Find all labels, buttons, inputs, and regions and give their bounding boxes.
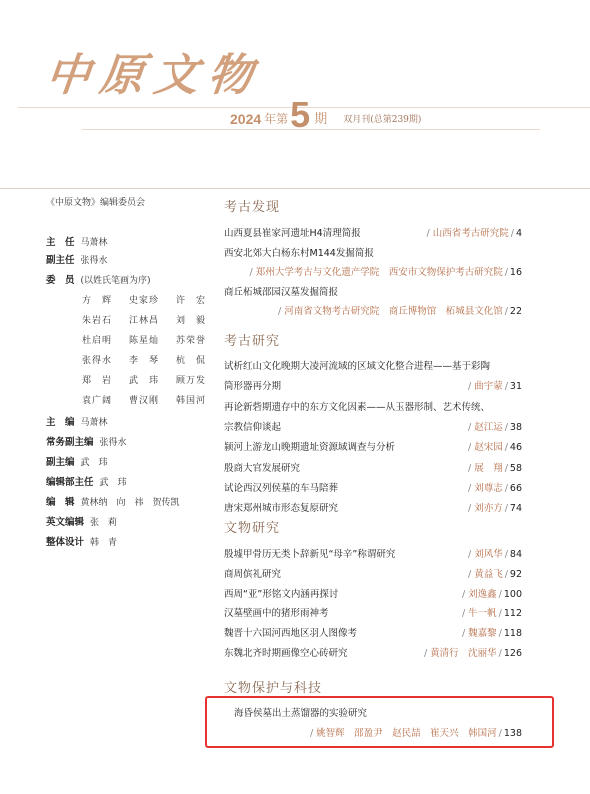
toc-entry[interactable]: 西周“亚”形铭文内涵再探讨∕刘逸鑫100 [224, 586, 522, 600]
article-title: 西安北郊大白杨东村M144发掘简报 [224, 245, 374, 259]
article-byline: ∕展 翔58 [468, 460, 522, 474]
member-row: 张得水 李 琴 杭 侃 [82, 353, 214, 366]
staff-director: 主 任 马萧林 [46, 234, 108, 248]
article-authors: 刘尊志 [474, 483, 503, 494]
toc-entry[interactable]: 试论西汉列侯墓的车马陪葬∕刘尊志66 [224, 480, 522, 494]
article-authors: 郑州大学考古与文化遗产学院 西安市文物保护考古研究院 [256, 267, 503, 278]
article-byline: ∕郑州大学考古与文化遗产学院 西安市文物保护考古研究院16 [249, 264, 522, 278]
article-byline: ∕曲宇蒙31 [468, 378, 522, 392]
section-heading: 文物保护与科技 [224, 677, 322, 696]
page-number: 66 [503, 483, 522, 494]
slash-separator: ∕ [468, 503, 471, 514]
article-authors: 黄益飞 [474, 569, 503, 580]
issue-subtitle: 双月刊(总第239期) [343, 112, 421, 130]
issue-year: 2024 [230, 111, 261, 130]
slash-separator: ∕ [424, 648, 427, 659]
article-title: 试论西汉列侯墓的车马陪葬 [224, 480, 338, 494]
slash-separator: ∕ [468, 422, 471, 433]
article-title: 汉墓壁画中的猪形雨神考 [224, 605, 329, 619]
section-divider [0, 188, 590, 189]
highlight-box [205, 696, 554, 748]
slash-separator: ∕ [462, 589, 465, 600]
slash-separator: ∕ [468, 569, 471, 580]
article-byline: ∕黄益飞92 [468, 566, 522, 580]
page-number: 4 [509, 228, 522, 239]
article-authors: 展 翔 [474, 463, 503, 474]
staff-executive-deputy-editor: 常务副主编 张得水 [46, 434, 127, 448]
toc-entry[interactable]: 商丘柘城邵园汉墓发掘简报 [224, 284, 522, 298]
issue-number: 5 [290, 100, 310, 130]
article-authors: 刘亦方 [474, 503, 503, 514]
journal-title: 中原文物 [44, 54, 265, 98]
toc-entry[interactable]: ∕河南省文物考古研究院 商丘博物馆 柘城县文化馆22 [224, 303, 522, 317]
toc-entry[interactable]: ∕郑州大学考古与文化遗产学院 西安市文物保护考古研究院16 [224, 264, 522, 278]
article-title: 宗教信仰谈起 [224, 419, 281, 433]
article-title: 颍河上游龙山晚期遗址资源域调查与分析 [224, 439, 395, 453]
slash-separator: ∕ [468, 463, 471, 474]
member-row: 袁广阔 曹汉刚 韩国河 [82, 393, 214, 406]
toc-entry[interactable]: 西安北郊大白杨东村M144发掘简报 [224, 245, 522, 259]
article-byline: ∕山西省考古研究院4 [427, 225, 522, 239]
member-row: 郑 岩 武 玮 顾万发 [82, 373, 214, 386]
toc-entry[interactable]: 山西夏县崔家河遗址H4清理简报∕山西省考古研究院4 [224, 225, 522, 239]
page-number: 31 [503, 381, 522, 392]
page-number: 74 [503, 503, 522, 514]
staff-english-editor: 英文编辑 张 莉 [46, 514, 117, 528]
section-heading: 考古发现 [224, 196, 280, 215]
article-byline: ∕赵江运38 [468, 419, 522, 433]
article-byline: ∕黄清行 沈丽华126 [424, 645, 522, 659]
issue-info: 2024 年第 5 期 双月刊(总第239期) [230, 96, 421, 130]
article-authors: 赵宋园 [474, 442, 503, 453]
article-byline: ∕刘亦方74 [468, 500, 522, 514]
toc-entry[interactable]: 颍河上游龙山晚期遗址资源域调查与分析∕赵宋园46 [224, 439, 522, 453]
staff-members-label: 委 员 (以姓氏笔画为序) [46, 272, 151, 286]
member-row: 朱岩石 江林昌 刘 毅 [82, 313, 214, 326]
section-heading: 文物研究 [224, 517, 280, 536]
page-number: 58 [503, 463, 522, 474]
toc-entry[interactable]: 东魏北齐时期画像空心砖研究∕黄清行 沈丽华126 [224, 645, 522, 659]
article-byline: ∕刘逸鑫100 [462, 586, 522, 600]
toc-entry[interactable]: 宗教信仰谈起∕赵江运38 [224, 419, 522, 433]
staff-editors: 编 辑 黄林纳 向 祎 贺传凯 [46, 494, 180, 508]
page-number: 22 [503, 306, 522, 317]
article-byline: ∕牛一帆112 [462, 605, 522, 619]
page-number: 92 [503, 569, 522, 580]
article-authors: 刘风华 [474, 549, 503, 560]
slash-separator: ∕ [249, 267, 252, 278]
article-authors: 黄清行 沈丽华 [430, 648, 497, 659]
page-number: 118 [497, 628, 522, 639]
page-number: 38 [503, 422, 522, 433]
issue-year-suffix: 年第 [264, 110, 288, 130]
slash-separator: ∕ [468, 442, 471, 453]
article-authors: 河南省文物考古研究院 商丘博物馆 柘城县文化馆 [284, 306, 503, 317]
toc-entry[interactable]: 汉墓壁画中的猪形雨神考∕牛一帆112 [224, 605, 522, 619]
article-title: 东魏北齐时期画像空心砖研究 [224, 645, 348, 659]
issue-suffix: 期 [314, 108, 327, 130]
article-byline: ∕魏嘉黎118 [462, 625, 522, 639]
page-number: 100 [497, 589, 522, 600]
toc-entry[interactable]: 魏晋十六国河西地区羽人图像考∕魏嘉黎118 [224, 625, 522, 639]
article-title: 试析红山文化晚期大凌河流域的区域文化整合进程——基于彩陶 [224, 358, 490, 372]
page-number: 16 [503, 267, 522, 278]
member-row: 方 辉 史家珍 许 宏 [82, 293, 214, 306]
article-title: 山西夏县崔家河遗址H4清理简报 [224, 225, 361, 239]
section-heading: 考古研究 [224, 330, 280, 349]
board-title: 《中原文物》编辑委员会 [46, 195, 145, 208]
toc-entry[interactable]: 试析红山文化晚期大凌河流域的区域文化整合进程——基于彩陶 [224, 358, 522, 372]
article-title: 再论新砦期遗存中的东方文化因素——从玉器形制、艺术传统、 [224, 399, 490, 413]
article-authors: 赵江运 [474, 422, 503, 433]
slash-separator: ∕ [468, 549, 471, 560]
staff-office-director: 编辑部主任 武 玮 [46, 474, 127, 488]
slash-separator: ∕ [462, 608, 465, 619]
article-title: 西周“亚”形铭文内涵再探讨 [224, 586, 338, 600]
article-title: 殷商大官发展研究 [224, 460, 300, 474]
slash-separator: ∕ [468, 381, 471, 392]
article-title: 殷墟甲骨历无类卜辞新见“母辛”称谓研究 [224, 546, 395, 560]
article-authors: 魏嘉黎 [468, 628, 497, 639]
toc-entry[interactable]: 筒形器再分期∕曲宇蒙31 [224, 378, 522, 392]
slash-separator: ∕ [468, 483, 471, 494]
staff-designer: 整体设计 韩 青 [46, 534, 117, 548]
toc-entry[interactable]: 殷商大官发展研究∕展 翔58 [224, 460, 522, 474]
article-title: 筒形器再分期 [224, 378, 281, 392]
toc-entry[interactable]: 唐宋郑州城市形态复原研究∕刘亦方74 [224, 500, 522, 514]
slash-separator: ∕ [427, 228, 430, 239]
staff-chief-editor: 主 编 马萧林 [46, 414, 108, 428]
toc-entry[interactable]: 再论新砦期遗存中的东方文化因素——从玉器形制、艺术传统、 [224, 399, 522, 413]
article-title: 商周傧礼研究 [224, 566, 281, 580]
staff-deputy-director: 副主任 张得水 [46, 252, 108, 266]
article-byline: ∕刘尊志66 [468, 480, 522, 494]
article-byline: ∕河南省文物考古研究院 商丘博物馆 柘城县文化馆22 [278, 303, 522, 317]
slash-separator: ∕ [278, 306, 281, 317]
article-authors: 曲宇蒙 [474, 381, 503, 392]
article-authors: 牛一帆 [468, 608, 497, 619]
page-number: 126 [497, 648, 522, 659]
article-byline: ∕赵宋园46 [468, 439, 522, 453]
article-title: 商丘柘城邵园汉墓发掘简报 [224, 284, 338, 298]
article-authors: 刘逸鑫 [468, 589, 497, 600]
toc-entry[interactable]: 殷墟甲骨历无类卜辞新见“母辛”称谓研究∕刘风华84 [224, 546, 522, 560]
page-number: 112 [497, 608, 522, 619]
toc-entry[interactable]: 商周傧礼研究∕黄益飞92 [224, 566, 522, 580]
slash-separator: ∕ [462, 628, 465, 639]
page-number: 46 [503, 442, 522, 453]
article-title: 唐宋郑州城市形态复原研究 [224, 500, 338, 514]
page-number: 84 [503, 549, 522, 560]
member-row: 杜启明 陈星灿 苏荣誉 [82, 333, 214, 346]
staff-deputy-editor: 副主编 武 玮 [46, 454, 108, 468]
article-title: 魏晋十六国河西地区羽人图像考 [224, 625, 357, 639]
article-byline: ∕刘风华84 [468, 546, 522, 560]
issue-rule [82, 129, 540, 130]
article-authors: 山西省考古研究院 [433, 228, 509, 239]
